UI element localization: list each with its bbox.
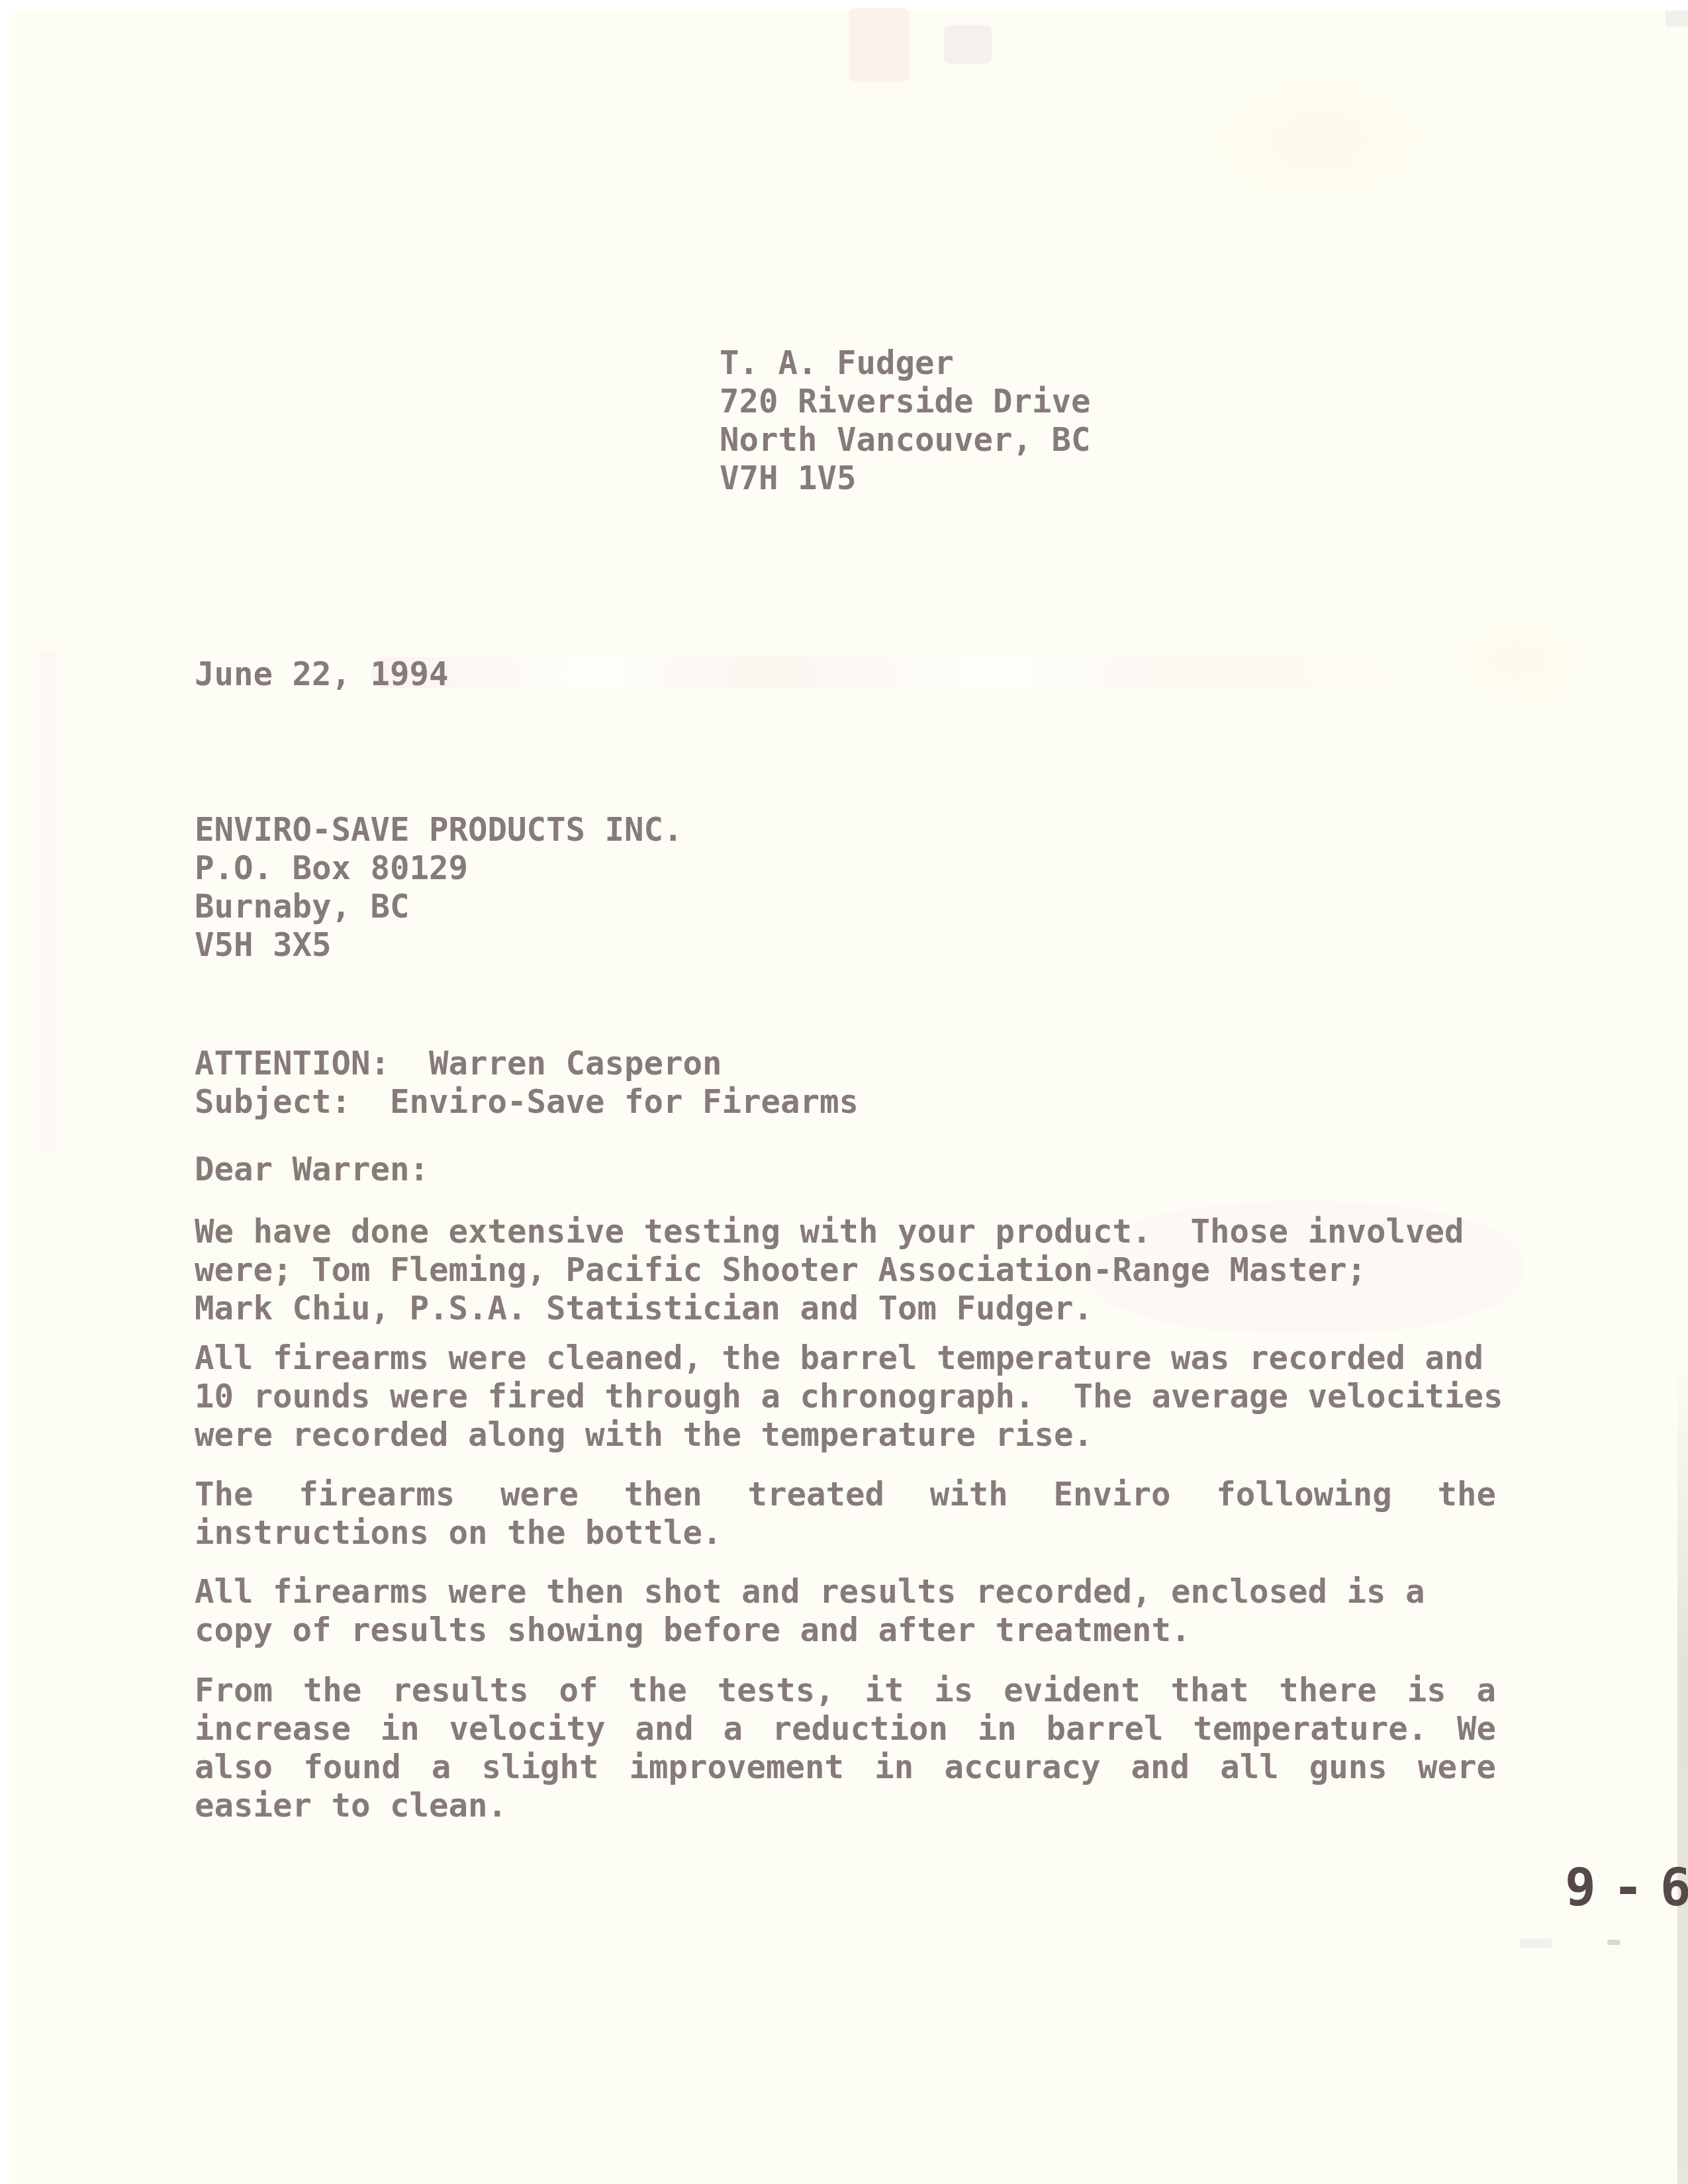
scan-artifact-left-edge-streak bbox=[40, 649, 57, 1152]
scan-artifact-bottom-dot bbox=[1607, 1940, 1620, 1945]
body-line: increase in velocity and a reduction in … bbox=[195, 1710, 1496, 1748]
recipient-company: ENVIRO-SAVE PRODUCTS INC. bbox=[195, 811, 1496, 849]
body-line: easier to clean. bbox=[195, 1787, 1496, 1825]
body-line: copy of results showing before and after… bbox=[195, 1611, 1496, 1650]
paragraph-testing-overview: We have done extensive testing with your… bbox=[195, 1213, 1496, 1328]
body-line: The firearms were then treated with Envi… bbox=[195, 1476, 1496, 1514]
body-line: From the results of the tests, it is evi… bbox=[195, 1672, 1496, 1710]
scanned-letter-page: T. A. Fudger 720 Riverside Drive North V… bbox=[0, 0, 1688, 2184]
body-line: 10 rounds were fired through a chronogra… bbox=[195, 1378, 1496, 1416]
body-line: All firearms were then shot and results … bbox=[195, 1573, 1496, 1611]
sender-postal-code: V7H 1V5 bbox=[720, 459, 1091, 498]
salutation: Dear Warren: bbox=[195, 1151, 1496, 1189]
scan-artifact-top-right-corner bbox=[1665, 11, 1688, 26]
attention-line: ATTENTION: Warren Casperon bbox=[195, 1045, 1496, 1083]
scan-artifact-top-gray-patch bbox=[944, 25, 992, 64]
recipient-po-box: P.O. Box 80129 bbox=[195, 849, 1496, 888]
recipient-postal-code: V5H 3X5 bbox=[195, 926, 1496, 965]
paragraph-treatment: The firearms were then treated with Envi… bbox=[195, 1476, 1496, 1552]
body-line: also found a slight improvement in accur… bbox=[195, 1748, 1496, 1787]
body-line: Mark Chiu, P.S.A. Statistician and Tom F… bbox=[195, 1290, 1496, 1328]
body-line: We have done extensive testing with your… bbox=[195, 1213, 1496, 1251]
subject-line: Subject: Enviro-Save for Firearms bbox=[195, 1083, 1496, 1121]
body-line: instructions on the bottle. bbox=[195, 1514, 1496, 1552]
scan-artifact-top-pink-patch bbox=[849, 8, 910, 82]
body-line: were; Tom Fleming, Pacific Shooter Assoc… bbox=[195, 1251, 1496, 1290]
sender-name: T. A. Fudger bbox=[720, 344, 1091, 383]
recipient-city: Burnaby, BC bbox=[195, 888, 1496, 926]
scan-artifact-right-edge-shadow bbox=[1677, 1351, 1688, 2184]
date-line: June 22, 1994 bbox=[195, 655, 1496, 694]
recipient-address-block: ENVIRO-SAVE PRODUCTS INC. P.O. Box 80129… bbox=[195, 811, 1496, 965]
sender-street: 720 Riverside Drive bbox=[720, 383, 1091, 421]
page-number: 9 - 6 bbox=[1565, 1858, 1688, 1919]
paragraph-cleaning-procedure: All firearms were cleaned, the barrel te… bbox=[195, 1339, 1496, 1454]
paragraph-results-enclosed: All firearms were then shot and results … bbox=[195, 1573, 1496, 1650]
body-line: were recorded along with the temperature… bbox=[195, 1416, 1496, 1454]
paragraph-conclusions: From the results of the tests, it is evi… bbox=[195, 1672, 1496, 1825]
sender-city: North Vancouver, BC bbox=[720, 421, 1091, 459]
scan-artifact-bottom-smudge bbox=[1520, 1938, 1552, 1948]
body-line: All firearms were cleaned, the barrel te… bbox=[195, 1339, 1496, 1378]
sender-address-block: T. A. Fudger 720 Riverside Drive North V… bbox=[720, 344, 1091, 498]
